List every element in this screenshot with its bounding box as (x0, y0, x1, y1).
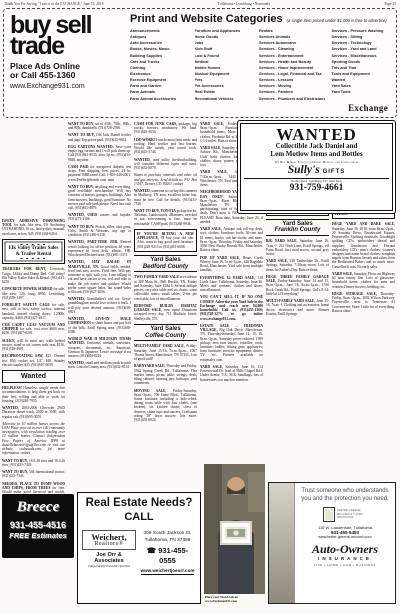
exchange-url: www.Exchange931.com (10, 83, 122, 90)
classified-ad: BEDFORD BUILDS HABITAT GARAGE SALE, now … (134, 304, 197, 321)
classified-ad: BARNYARD SALE, Thursday and Friday, 5562… (134, 364, 197, 385)
classified-ad: YARD SALE, Antique oak roll-top desk; to… (200, 227, 263, 252)
breece-free-estimates: FREE Estimates (2, 531, 74, 540)
classified-ad: MULTI-FAMILY YARD SALE, June 15-16, 7a.m… (266, 299, 329, 316)
weichert-phone: ☎ 931-455-0555 (139, 546, 196, 566)
category-label: Recreational Vehicles (195, 96, 254, 102)
category-column-1: AnnouncementsAntiquesAuto AccessoriesBoo… (130, 28, 189, 102)
wanted-ad-line2: Lem Motlow Items and Bottles (244, 151, 389, 159)
category-label: Yard Tools (331, 89, 390, 95)
header-center-text: Tullahoma • Lynchburg • Normandy (218, 2, 270, 6)
classified-ad: WANT TO BUY, 16.9.28 tires and 18.4.26 t… (2, 459, 65, 467)
framed-picture-icon (323, 507, 335, 522)
classified-ad: YOU CAN'T SELL IT, IF NO ONE COMES! Adve… (200, 295, 263, 320)
classified-ad: HELPLESS! Homeless couple needs live acc… (2, 386, 65, 403)
classified-ad: SULKY, will fit most any walk behind mow… (2, 339, 65, 352)
category-column-3: RentalsServices AnimalsServices Automoti… (259, 28, 325, 102)
classified-ad: CUB CADET LEAF VACUUM AND CHIPPER for sa… (2, 323, 65, 336)
agent-photo (269, 483, 295, 603)
classified-ad: WANT TO BUY, Old Jack Daniel bottles and… (68, 133, 131, 141)
man-holding-framed-dollar-photo (204, 464, 265, 594)
sullys-name: Sully's (288, 164, 320, 176)
gifts-text: GIFTS (323, 169, 346, 175)
classified-ad: YARD SALE, 349 Timberlake Dr., Estill Sp… (266, 259, 329, 272)
classified-ad: WANTED, Grandfather's old car. Great-gra… (68, 297, 131, 314)
classified-ad: I DO WORK! I can do most farm work, and … (134, 138, 197, 155)
classified-ad: WORLD WAR II MILITARY ITEMS WANTED. Unif… (68, 337, 131, 358)
category-label: Services - Plumbers and Electricians (259, 96, 325, 102)
elk-valley-ad-header: Elk Valley Trailer Sales& Trailer Rental (2, 239, 65, 265)
classified-ad: BIG YARD SALE, Saturday, June 16, 7a.m.-… (266, 239, 329, 256)
weichert-realtors: Realtors® (85, 541, 133, 547)
breece-logo: Breece (2, 500, 74, 515)
auto-owners-tagline: Trust someone who understands you and th… (298, 488, 392, 503)
classified-ad: WANTED, LIVE-IN MALE COMPANION to share … (68, 317, 131, 334)
classified-ad: HUGE STORAGE SALE, Thursday-Friday, 8a.m… (332, 292, 395, 313)
classified-ad: MULTI-FAMILY YARD SALE, Friday-Saturday,… (134, 344, 197, 361)
weichert-disclaimer: Independently Owned & Operated (82, 564, 136, 568)
wanted-ad-title: WANTED (244, 126, 389, 143)
agency-name: Lester Greene McCord & Thoma Insurance (337, 509, 367, 520)
classified-ad: YARD SALE, Saturday, Flora, on Highway 6… (332, 272, 395, 289)
banner-left: buy sell trade Place Ads Online or Call … (10, 13, 122, 113)
sullys-wanted-ad: WANTED Collectible Jack Daniel and Lem M… (237, 120, 396, 214)
classified-ad: IF YOU'RE BUYING A NEW APPLIANCE, I'll b… (134, 229, 197, 252)
exchange-banner-ad: buy sell trade Place Ads Online or Call … (3, 8, 397, 118)
photo-ad-caption: Place your Word Ads on www.Exchange931.c… (204, 594, 265, 604)
sullys-logo: Sully's GIFTS (244, 165, 389, 177)
classified-ad: EPOXY ADHESIVE DISPENSING TOOL for sale,… (2, 219, 65, 236)
categories-list: AnnouncementsAntiquesAuto AccessoriesBoo… (130, 28, 390, 102)
weichert-call: CALL (82, 511, 196, 523)
classified-ad: WANT TO BUY, 504 International tractor. … (2, 470, 65, 478)
header-left-text: Thank You For Saying, "I saw it in the E… (4, 2, 103, 6)
weichert-address2: Tullahoma, TN 37388 (139, 538, 196, 544)
yard-sales-section-heading: Yard SalesFranklin County (266, 219, 329, 237)
classified-ad: WANTED, used utility shed/outbuilding, w… (134, 158, 197, 171)
agency-website: www.lester-greene-mccord.com (298, 535, 392, 539)
classified-ad: WANT TO BUY: Pistols, rifles, shot guns,… (68, 225, 131, 238)
classified-ad: WANTED, HAY BALED IN MARYVILLE, TN. Good… (68, 260, 131, 294)
classified-ad: EVERYTHING $2 YARD SALE, 118 Linda Lane,… (200, 276, 263, 293)
insurance-text: INSURANCE (298, 556, 392, 561)
classified-ad: WANT TO BUY, anything and everything, go… (68, 185, 131, 210)
classified-ad: ESTATE SALE – FREDONIA VILLAGE, Big Oak … (200, 324, 263, 362)
classified-ad: EGG CARTONS WANTED: Save your empty egg … (68, 145, 131, 162)
classified-ad: HUGE YARD AND BAKE SALE, Saturday, June … (332, 222, 395, 269)
phone-icon: ☎ (147, 546, 156, 555)
auto-owners-ad: Trust someone who understands you and th… (268, 482, 396, 604)
exchange-photo-ad: Place your Word Ads on www.Exchange931.c… (204, 464, 265, 604)
categories-note: (a single item priced under $1,000 is fr… (287, 18, 387, 23)
classified-ad: TWO FAMILY YARD SALE at residence at 209… (134, 275, 197, 300)
classified-ad: WANTED, 2003-2006 Chevrolet 2WD Duramax … (2, 406, 65, 419)
classified-ad: WANTED, someone to cut hay this summer i… (134, 189, 197, 206)
weichert-website: www.weichertjoeorr.com (141, 568, 195, 575)
category-column-4: Services - Pressure WashingServices - Si… (331, 28, 390, 102)
sullys-phone: 931-759-4661 (244, 183, 389, 193)
category-label: Farm Animal Accessories (130, 96, 189, 102)
call-number-text: or Call 455-1360 (10, 71, 122, 80)
page-number: Page 15 (385, 2, 396, 6)
breece-ad: Breece 931-455-4516 FREE Estimates (2, 494, 74, 558)
classified-ad: WANT TO BUY, TOYOTA pickup trucks, Tacom… (134, 209, 197, 226)
weichert-wordmark: Weichert, (85, 533, 133, 542)
breece-phone: 931-455-4516 (2, 520, 74, 530)
classified-ad: WANTED, PART-TIME JOB. Retired senior lo… (68, 240, 131, 257)
weichert-ad: Real Estate Needs? CALL Weichert, Realto… (77, 492, 201, 604)
classifieds-area: WANTED Collectible Jack Daniel and Lem M… (0, 120, 400, 608)
weichert-logo: Weichert, Realtors® (82, 530, 136, 550)
classified-ad: HUGE THREE FAMILY GARAGE SALE, Friday-Sa… (266, 275, 329, 296)
yard-sales-section-heading: Yard SalesCoffee County (134, 324, 197, 342)
wanted-section-heading: Wanted (2, 370, 65, 383)
page-header: Thank You For Saying, "I saw it in the E… (0, 0, 400, 6)
classified-ad: CONCRETE POWER SCREED for sale, like new… (2, 287, 65, 300)
classified-ad: WANT TO BUY, set of 45lb., 70lb., 80lb.,… (68, 122, 131, 130)
classified-ad: RECIPROCATING SAW, $25, Dremel trio, $50… (2, 354, 65, 367)
categories-panel: Print and Website Categories (a single i… (122, 13, 390, 113)
classified-ad: YARD SALE, Saturday, June 16, 114 Forres… (200, 365, 263, 382)
classified-ad: MOVING SALE, Friday-Saturday, 8a.m.-3p.m… (134, 389, 197, 423)
classified-ad: WANTED, USED canoes and kayaks. (931)273… (68, 213, 131, 221)
weichert-address1: 309 South Jackson St. (139, 531, 196, 537)
yard-sales-section-heading: Yard SalesBedford County (134, 255, 197, 273)
classified-ad: CASH FOR JUNK CARS, pickups, big trucks,… (134, 122, 197, 135)
exchange-logo: Exchange (348, 103, 388, 113)
auto-owners-logo: Auto-Owners (298, 543, 392, 555)
classified-ad: FORKLIFT SAFETY CAGE for sale, new, stil… (2, 303, 65, 320)
lines-of-business: LIFE • HOME • CAR • BUSINESS (298, 563, 392, 567)
classified-ad: CASH PAID for unexpired diabetic test st… (68, 165, 131, 182)
classified-ad: TRAILERS FOR RENT, Livestock, Cargo, Uti… (2, 267, 65, 284)
joe-orr-text: Joe Orr & Associates (82, 552, 136, 564)
classified-ad: WANTED, small and medium yards to push m… (68, 361, 131, 369)
category-column-2: Furniture and AppliancesHome GoodsJobsKi… (195, 28, 254, 102)
classified-ad: Advertise to 10 million homes across the… (2, 422, 65, 456)
weichert-title: Real Estate Needs? (82, 497, 196, 509)
categories-title: Print and Website Categories (130, 13, 283, 25)
classified-ad: Wants to purchase minerals and other oil… (134, 173, 197, 186)
classified-ad: POP UP YARD SALE, Beans Creek Winery, Ju… (200, 256, 263, 273)
